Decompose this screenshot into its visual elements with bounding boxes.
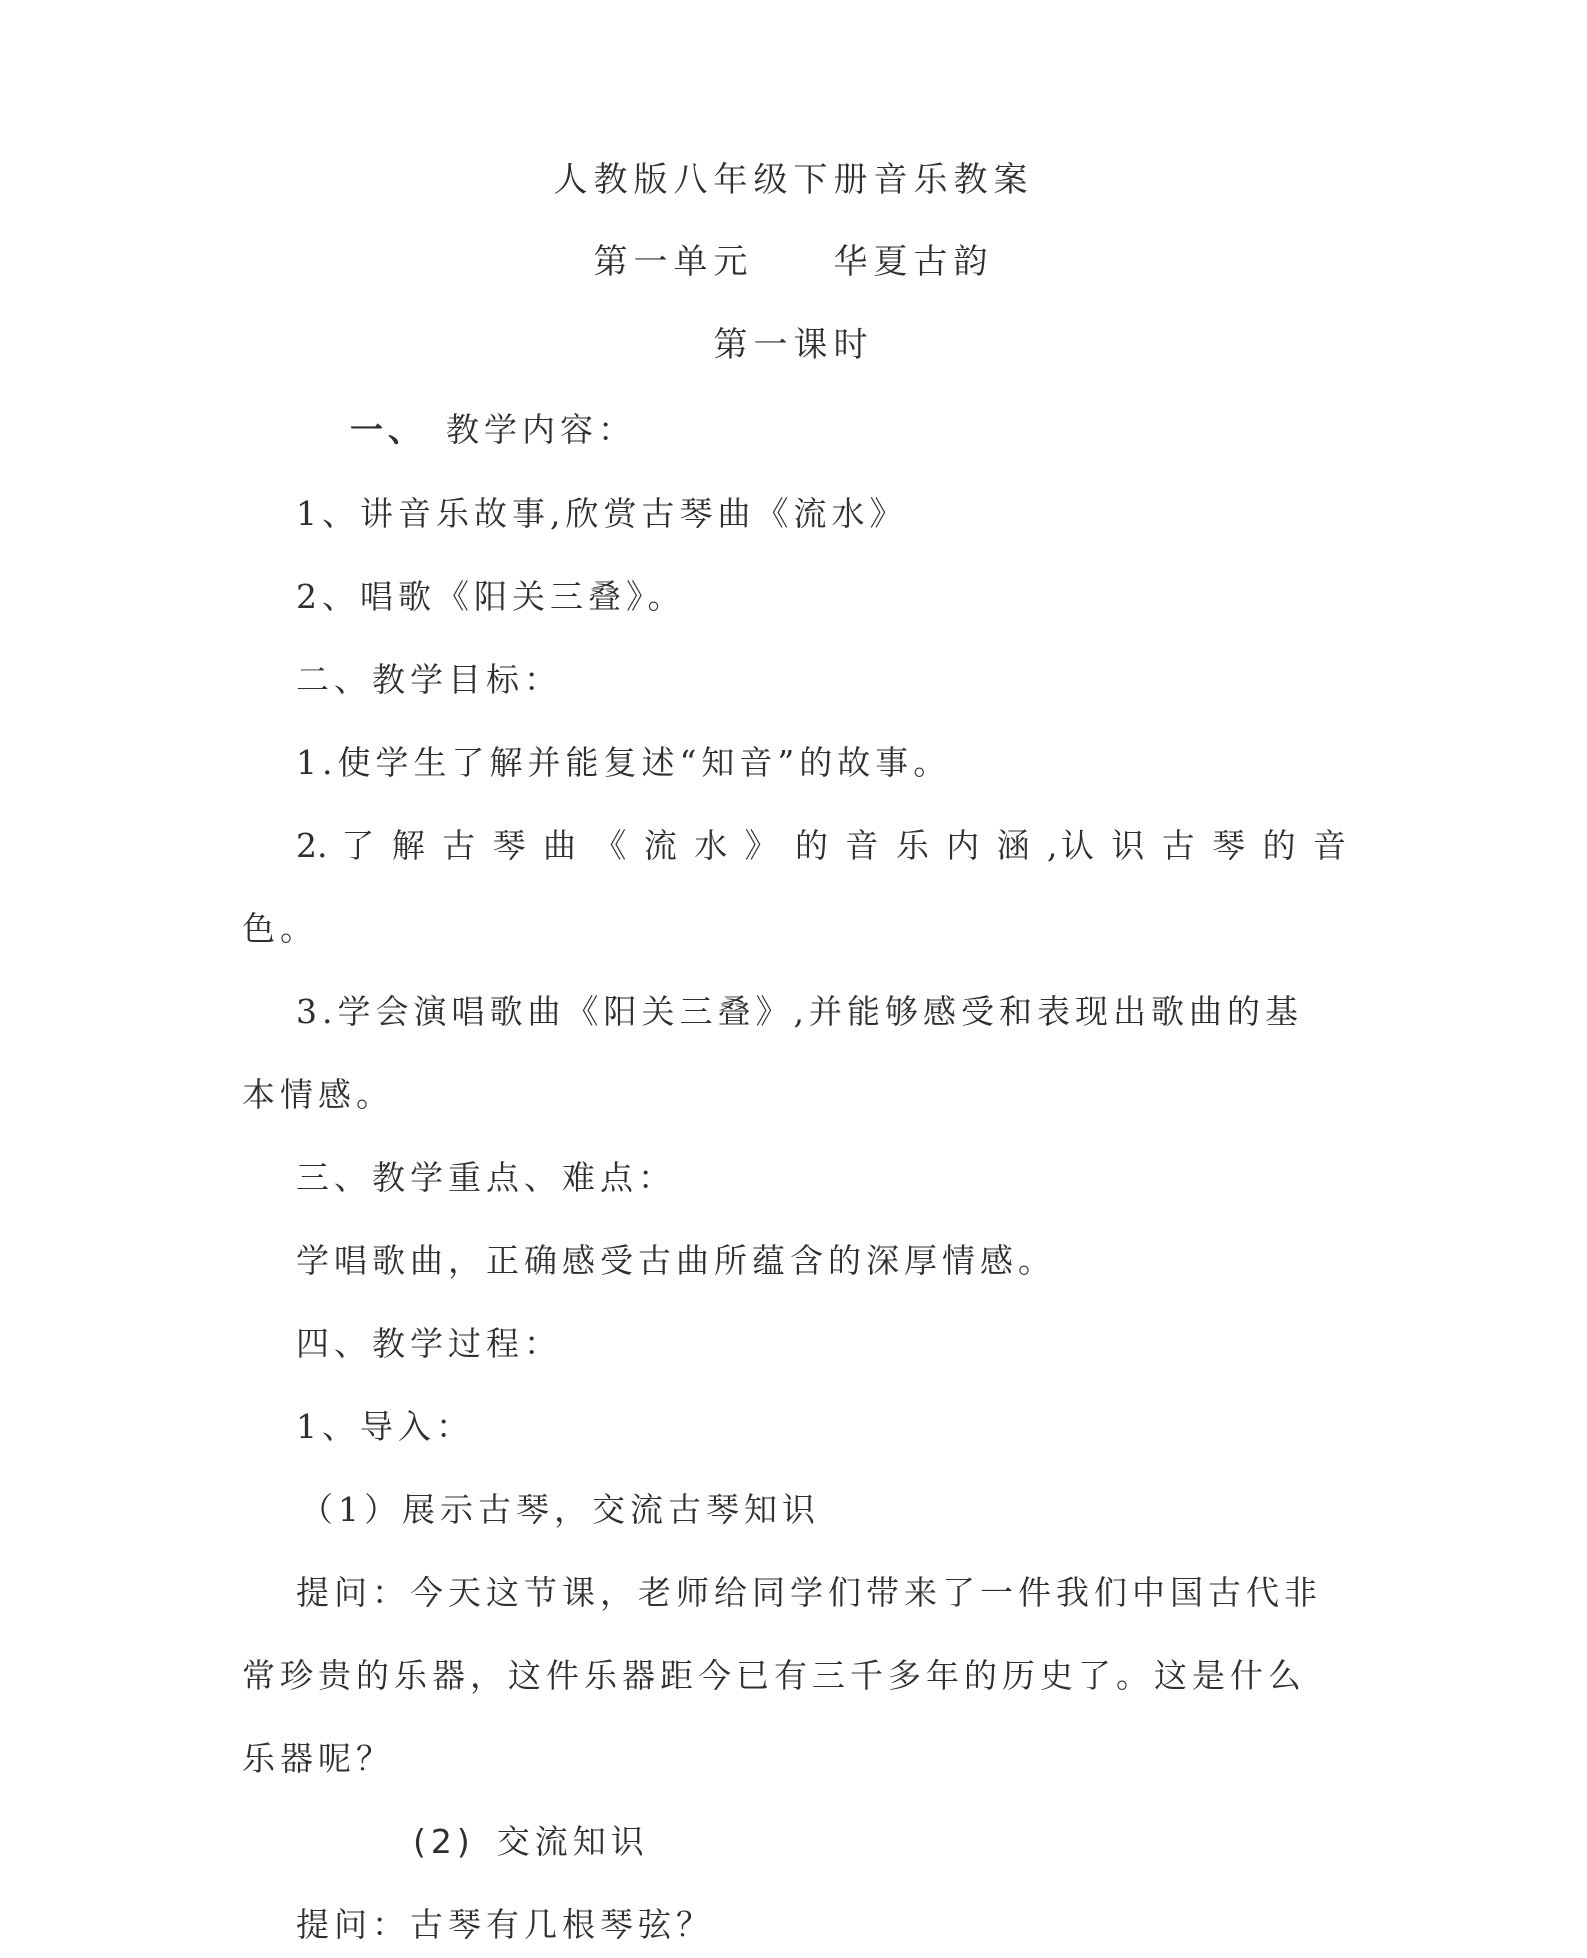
sub-2-text: 交流知识	[497, 1822, 649, 1861]
section-heading-objectives: 二、教学目标：	[296, 659, 562, 701]
objective-2-line-1: 2. 了 解 古 琴 曲 《 流 水 》 的 音 乐 内 涵 ,认 识 古 琴 …	[296, 825, 1346, 867]
section-number: 一、	[350, 409, 426, 451]
content-item-1: 1、讲音乐故事,欣赏古琴曲《流水》	[296, 493, 908, 535]
unit-title: 第一单元 华夏古韵	[0, 241, 1587, 283]
question-1-line-2: 常珍贵的乐器，这件乐器距今已有三千多年的历史了。这是什么	[242, 1655, 1306, 1697]
objective-2-line-2: 色。	[242, 908, 318, 950]
process-sub-2: (2)交流知识	[413, 1821, 649, 1863]
sub-2-number: (2)	[413, 1822, 475, 1861]
key-points-text: 学唱歌曲，正确感受古曲所蕴含的深厚情感。	[296, 1240, 1056, 1282]
section-heading-content: 一、教学内容：	[350, 409, 636, 451]
process-step-1: 1、导入：	[296, 1406, 474, 1448]
section-heading-text: 教学内容：	[446, 410, 636, 449]
section-heading-process: 四、教学过程：	[296, 1323, 562, 1365]
question-1-line-1: 提问：今天这节课，老师给同学们带来了一件我们中国古代非	[296, 1572, 1322, 1614]
section-heading-key-points: 三、教学重点、难点：	[296, 1157, 676, 1199]
process-sub-1: （1）展示古琴，交流古琴知识	[300, 1489, 820, 1531]
content-item-2: 2、唱歌《阳关三叠》。	[296, 576, 686, 618]
document-title: 人教版八年级下册音乐教案	[0, 159, 1587, 201]
objective-1: 1.使学生了解并能复述“知音”的故事。	[296, 742, 951, 784]
objective-3-line-2: 本情感。	[242, 1074, 394, 1116]
objective-3-line-1: 3.学会演唱歌曲《阳关三叠》,并能够感受和表现出歌曲的基	[296, 991, 1303, 1033]
question-1-line-3: 乐器呢？	[242, 1738, 394, 1780]
question-2: 提问：古琴有几根琴弦？	[296, 1904, 714, 1946]
lesson-title: 第一课时	[0, 324, 1587, 366]
document-page: 人教版八年级下册音乐教案 第一单元 华夏古韵 第一课时 一、教学内容： 1、讲音…	[0, 0, 1587, 1958]
